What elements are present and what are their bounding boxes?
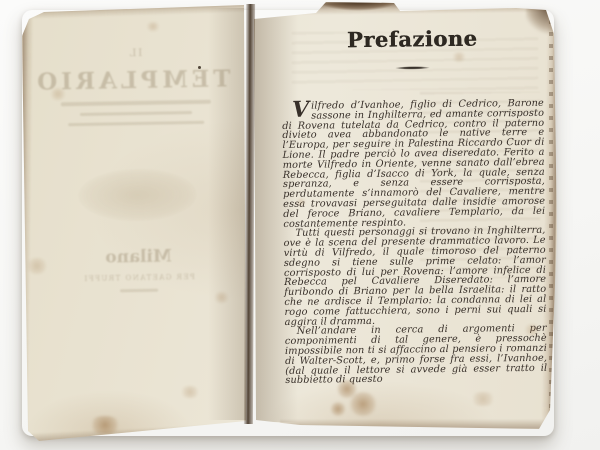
foxing-spot	[88, 416, 122, 434]
foxing-spot	[470, 392, 496, 406]
preface-paragraph-3: Nell’andare in cerca di argomenti per co…	[285, 324, 548, 386]
preface-paragraph-2: Tutti questi personaggi si trovano in In…	[283, 226, 546, 327]
title-page-showthrough: IL TEMPLARIO Milano PER GAETANO TRUFFI	[40, 46, 234, 293]
foxing-spot	[348, 392, 378, 416]
foxing-spot	[214, 292, 229, 303]
foxing-spot	[296, 198, 306, 206]
showthrough-vignette	[78, 168, 197, 222]
preface-paragraph-1: Vilfredo d’Ivanhoe, figlio di Cedrico, B…	[282, 99, 546, 230]
preface-body: Vilfredo d’Ivanhoe, figlio di Cedrico, B…	[282, 99, 547, 386]
showthrough-illegible-line	[61, 100, 211, 107]
book-photograph: IL TEMPLARIO Milano PER GAETANO TRUFFI	[0, 0, 600, 450]
foxing-spot	[452, 52, 466, 62]
showthrough-illegible-line	[80, 111, 192, 116]
torn-edge	[314, 0, 402, 14]
foxing-spot	[524, 324, 540, 336]
showthrough-imprint-city: Milano	[43, 245, 233, 268]
showthrough-imprint-publisher: PER GAETANO TRUFFI	[44, 272, 234, 283]
foxing-spot	[180, 386, 200, 398]
showthrough-title: TEMPLARIO	[40, 65, 230, 95]
showthrough-illegible-line	[120, 289, 158, 293]
showthrough-half-title: IL	[40, 46, 230, 60]
paragraph-text: ilfredo d’Ivanhoe, figlio di Cedrico, Ba…	[282, 98, 545, 230]
foxing-spot	[50, 88, 66, 100]
preface-heading: Prefazione	[281, 25, 543, 53]
foxing-spot	[26, 258, 48, 274]
ink-speck	[198, 66, 201, 69]
drop-cap-initial: V	[292, 102, 309, 119]
foxing-spot	[146, 22, 160, 31]
showthrough-illegible-line	[68, 121, 204, 126]
preface-content: Prefazione Vilfredo d’Ivanhoe, figlio di…	[281, 25, 547, 386]
heading-rule	[395, 66, 429, 69]
foxing-spot	[330, 402, 346, 416]
